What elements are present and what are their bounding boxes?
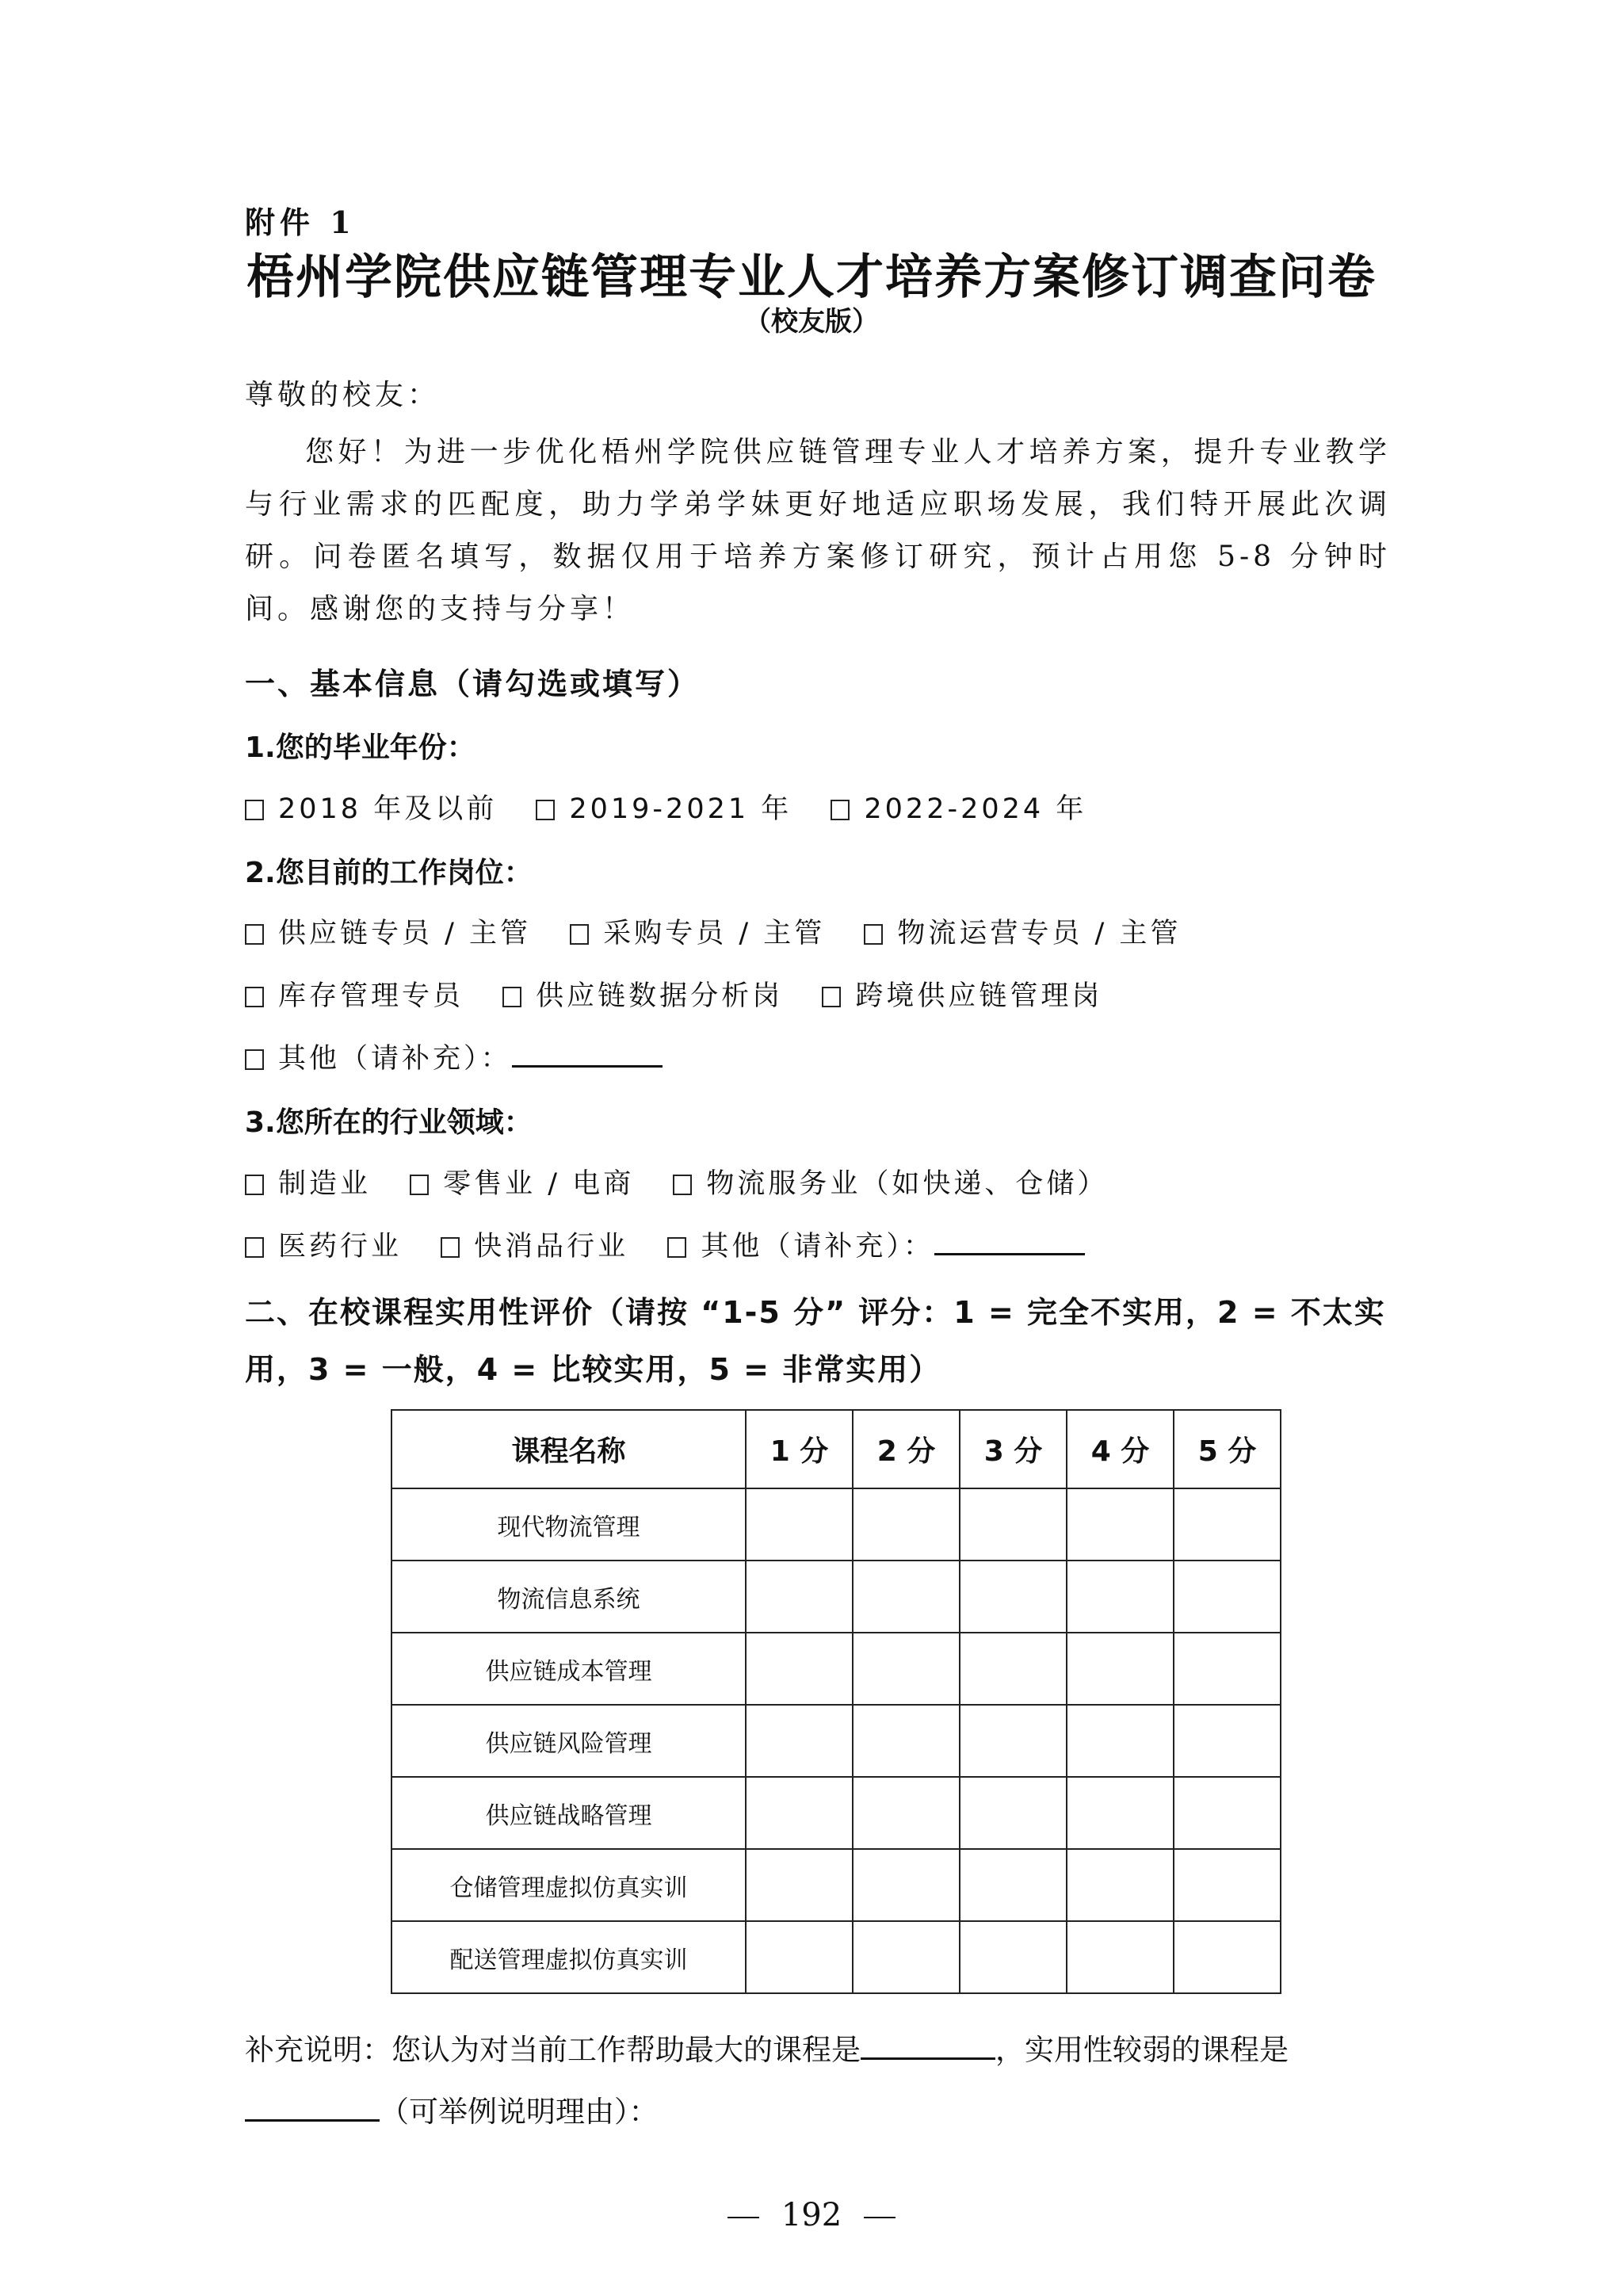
score-cell[interactable] — [1067, 1705, 1174, 1777]
score-cell[interactable] — [853, 1705, 960, 1777]
score-cell[interactable] — [853, 1921, 960, 1993]
score-cell[interactable] — [1174, 1777, 1281, 1849]
q2-options-row3: 其他（请补充）： — [245, 1037, 689, 1076]
score-cell[interactable] — [1067, 1561, 1174, 1633]
option-label: 物流运营专员 / 主管 — [897, 918, 1181, 949]
section2-heading: 二、在校课程实用性评价（请按 “1-5 分” 评分：1 = 完全不实用，2 = … — [245, 1284, 1394, 1398]
most-helpful-course-blank[interactable] — [861, 2057, 995, 2060]
option-label: 供应链专员 / 主管 — [278, 918, 531, 949]
q2-options-row2: 库存管理专员 供应链数据分析岗 跨境供应链管理岗 — [245, 974, 1129, 1014]
checkbox-icon[interactable] — [245, 800, 264, 820]
q3-options-row2: 医药行业 快消品行业 其他（请补充）： — [245, 1224, 1112, 1264]
option-label: 其他（请补充）： — [701, 1231, 934, 1263]
score-cell[interactable] — [853, 1633, 960, 1705]
intro-paragraph: 您好！为进一步优化梧州学院供应链管理专业人才培养方案，提升专业教学与行业需求的匹… — [245, 426, 1391, 636]
score-cell[interactable] — [1174, 1849, 1281, 1921]
option-label: 采购专员 / 主管 — [603, 918, 825, 949]
q2-option-other[interactable]: 其他（请补充）： — [245, 1037, 663, 1076]
checkbox-icon[interactable] — [245, 924, 264, 945]
checkbox-icon[interactable] — [570, 924, 589, 945]
score-cell[interactable] — [1174, 1633, 1281, 1705]
header-course-name: 课程名称 — [391, 1410, 746, 1488]
table-row: 物流信息系统 — [391, 1561, 1281, 1633]
score-cell[interactable] — [1067, 1777, 1174, 1849]
score-cell[interactable] — [960, 1561, 1067, 1633]
score-cell[interactable] — [1067, 1633, 1174, 1705]
q1-option[interactable]: 2022-2024 年 — [831, 787, 1086, 827]
q1-option[interactable]: 2019-2021 年 — [536, 787, 792, 827]
q2-option[interactable]: 跨境供应链管理岗 — [822, 974, 1102, 1014]
score-cell[interactable] — [1174, 1488, 1281, 1561]
score-cell[interactable] — [960, 1633, 1067, 1705]
score-cell[interactable] — [746, 1705, 853, 1777]
checkbox-icon[interactable] — [667, 1237, 686, 1258]
checkbox-icon[interactable] — [245, 1237, 264, 1258]
score-cell[interactable] — [1174, 1921, 1281, 1993]
score-cell[interactable] — [960, 1705, 1067, 1777]
supplement-note: 补充说明：您认为对当前工作帮助最大的课程是，实用性较弱的课程是 （可举例说明理由… — [245, 2019, 1394, 2143]
score-cell[interactable] — [1067, 1488, 1174, 1561]
score-cell[interactable] — [853, 1849, 960, 1921]
option-label: 库存管理专员 — [278, 980, 464, 1012]
other-fill-blank[interactable] — [934, 1253, 1085, 1255]
score-cell[interactable] — [1174, 1561, 1281, 1633]
q1-label: 1.您的毕业年份： — [245, 725, 475, 766]
table-header-row: 课程名称 1 分 2 分 3 分 4 分 5 分 — [391, 1410, 1281, 1488]
checkbox-icon[interactable] — [245, 987, 264, 1007]
header-score-2: 2 分 — [853, 1410, 960, 1488]
q3-option[interactable]: 制造业 — [245, 1162, 371, 1201]
q3-label: 3.您所在的行业领域： — [245, 1100, 533, 1140]
table-row: 配送管理虚拟仿真实训 — [391, 1921, 1281, 1993]
score-cell[interactable] — [746, 1849, 853, 1921]
checkbox-icon[interactable] — [410, 1175, 429, 1195]
other-fill-blank[interactable] — [512, 1065, 663, 1068]
q2-option[interactable]: 采购专员 / 主管 — [570, 911, 825, 951]
q2-label: 2.您目前的工作岗位： — [245, 850, 533, 891]
option-label: 跨境供应链管理岗 — [855, 980, 1102, 1012]
q3-option[interactable]: 快消品行业 — [441, 1224, 628, 1264]
q3-options-row1: 制造业 零售业 / 电商 物流服务业（如快递、仓储） — [245, 1162, 1135, 1201]
header-score-5: 5 分 — [1174, 1410, 1281, 1488]
score-cell[interactable] — [1067, 1921, 1174, 1993]
q3-option[interactable]: 物流服务业（如快递、仓储） — [673, 1162, 1108, 1201]
course-name: 仓储管理虚拟仿真实训 — [391, 1849, 746, 1921]
checkbox-icon[interactable] — [441, 1237, 460, 1258]
header-score-3: 3 分 — [960, 1410, 1067, 1488]
score-cell[interactable] — [960, 1777, 1067, 1849]
option-label: 供应链数据分析岗 — [536, 980, 783, 1012]
option-label: 2019-2021 年 — [569, 793, 792, 825]
page-title: 梧州学院供应链管理专业人才培养方案修订调查问卷 — [0, 239, 1623, 308]
score-cell[interactable] — [853, 1488, 960, 1561]
supplement-text-1: 补充说明：您认为对当前工作帮助最大的课程是 — [245, 2033, 861, 2067]
option-label: 物流服务业（如快递、仓储） — [706, 1168, 1108, 1200]
checkbox-icon[interactable] — [502, 987, 521, 1007]
course-rating-table: 课程名称 1 分 2 分 3 分 4 分 5 分 现代物流管理 物流信息系统 供… — [391, 1409, 1281, 1994]
score-cell[interactable] — [1174, 1705, 1281, 1777]
section1-heading: 一、基本信息（请勾选或填写） — [245, 659, 700, 703]
q2-option[interactable]: 物流运营专员 / 主管 — [864, 911, 1181, 951]
page-footer: 192 — [0, 2197, 1623, 2233]
course-name: 现代物流管理 — [391, 1488, 746, 1561]
score-cell[interactable] — [960, 1488, 1067, 1561]
score-cell[interactable] — [853, 1561, 960, 1633]
page-subtitle: （校友版） — [0, 300, 1623, 338]
table-row: 现代物流管理 — [391, 1488, 1281, 1561]
attachment-label: 附件 1 — [245, 198, 356, 242]
score-cell[interactable] — [853, 1777, 960, 1849]
option-label: 零售业 / 电商 — [443, 1168, 634, 1200]
score-cell[interactable] — [960, 1921, 1067, 1993]
score-cell[interactable] — [746, 1633, 853, 1705]
page-number: 192 — [781, 2197, 842, 2233]
score-cell[interactable] — [1067, 1849, 1174, 1921]
checkbox-icon[interactable] — [864, 924, 883, 945]
q1-options: 2018 年及以前 2019-2021 年 2022-2024 年 — [245, 787, 1113, 827]
supplement-text-3: （可举例说明理由）： — [380, 2095, 659, 2129]
q2-option[interactable]: 供应链数据分析岗 — [502, 974, 783, 1014]
q1-option[interactable]: 2018 年及以前 — [245, 787, 497, 827]
score-cell[interactable] — [746, 1561, 853, 1633]
option-label: 2022-2024 年 — [864, 793, 1086, 825]
header-score-4: 4 分 — [1067, 1410, 1174, 1488]
least-practical-course-blank[interactable] — [245, 2119, 380, 2122]
option-label: 医药行业 — [278, 1231, 402, 1263]
option-label: 其他（请补充）： — [278, 1043, 512, 1075]
q2-option[interactable]: 库存管理专员 — [245, 974, 464, 1014]
option-label: 2018 年及以前 — [278, 793, 497, 825]
score-cell[interactable] — [746, 1488, 853, 1561]
course-name: 供应链风险管理 — [391, 1705, 746, 1777]
option-label: 制造业 — [278, 1168, 371, 1200]
score-cell[interactable] — [960, 1849, 1067, 1921]
checkbox-icon[interactable] — [673, 1175, 692, 1195]
greeting: 尊敬的校友： — [245, 369, 440, 422]
checkbox-icon[interactable] — [822, 987, 841, 1007]
q3-option[interactable]: 医药行业 — [245, 1224, 402, 1264]
checkbox-icon[interactable] — [245, 1049, 264, 1070]
option-label: 快消品行业 — [474, 1231, 628, 1263]
checkbox-icon[interactable] — [831, 800, 850, 820]
checkbox-icon[interactable] — [536, 800, 555, 820]
table-row: 供应链风险管理 — [391, 1705, 1281, 1777]
course-name: 物流信息系统 — [391, 1561, 746, 1633]
q3-option[interactable]: 零售业 / 电商 — [410, 1162, 634, 1201]
dash-right — [864, 2217, 896, 2218]
q2-option[interactable]: 供应链专员 / 主管 — [245, 911, 531, 951]
dash-left — [727, 2217, 759, 2218]
q2-options-row1: 供应链专员 / 主管 采购专员 / 主管 物流运营专员 / 主管 — [245, 911, 1208, 951]
supplement-text-2: ，实用性较弱的课程是 — [995, 2033, 1289, 2067]
score-cell[interactable] — [746, 1921, 853, 1993]
course-name: 供应链成本管理 — [391, 1633, 746, 1705]
course-name: 配送管理虚拟仿真实训 — [391, 1921, 746, 1993]
q3-option-other[interactable]: 其他（请补充）： — [667, 1224, 1085, 1264]
score-cell[interactable] — [746, 1777, 853, 1849]
course-name: 供应链战略管理 — [391, 1777, 746, 1849]
table-row: 供应链战略管理 — [391, 1777, 1281, 1849]
table-row: 仓储管理虚拟仿真实训 — [391, 1849, 1281, 1921]
header-score-1: 1 分 — [746, 1410, 853, 1488]
checkbox-icon[interactable] — [245, 1175, 264, 1195]
table-row: 供应链成本管理 — [391, 1633, 1281, 1705]
